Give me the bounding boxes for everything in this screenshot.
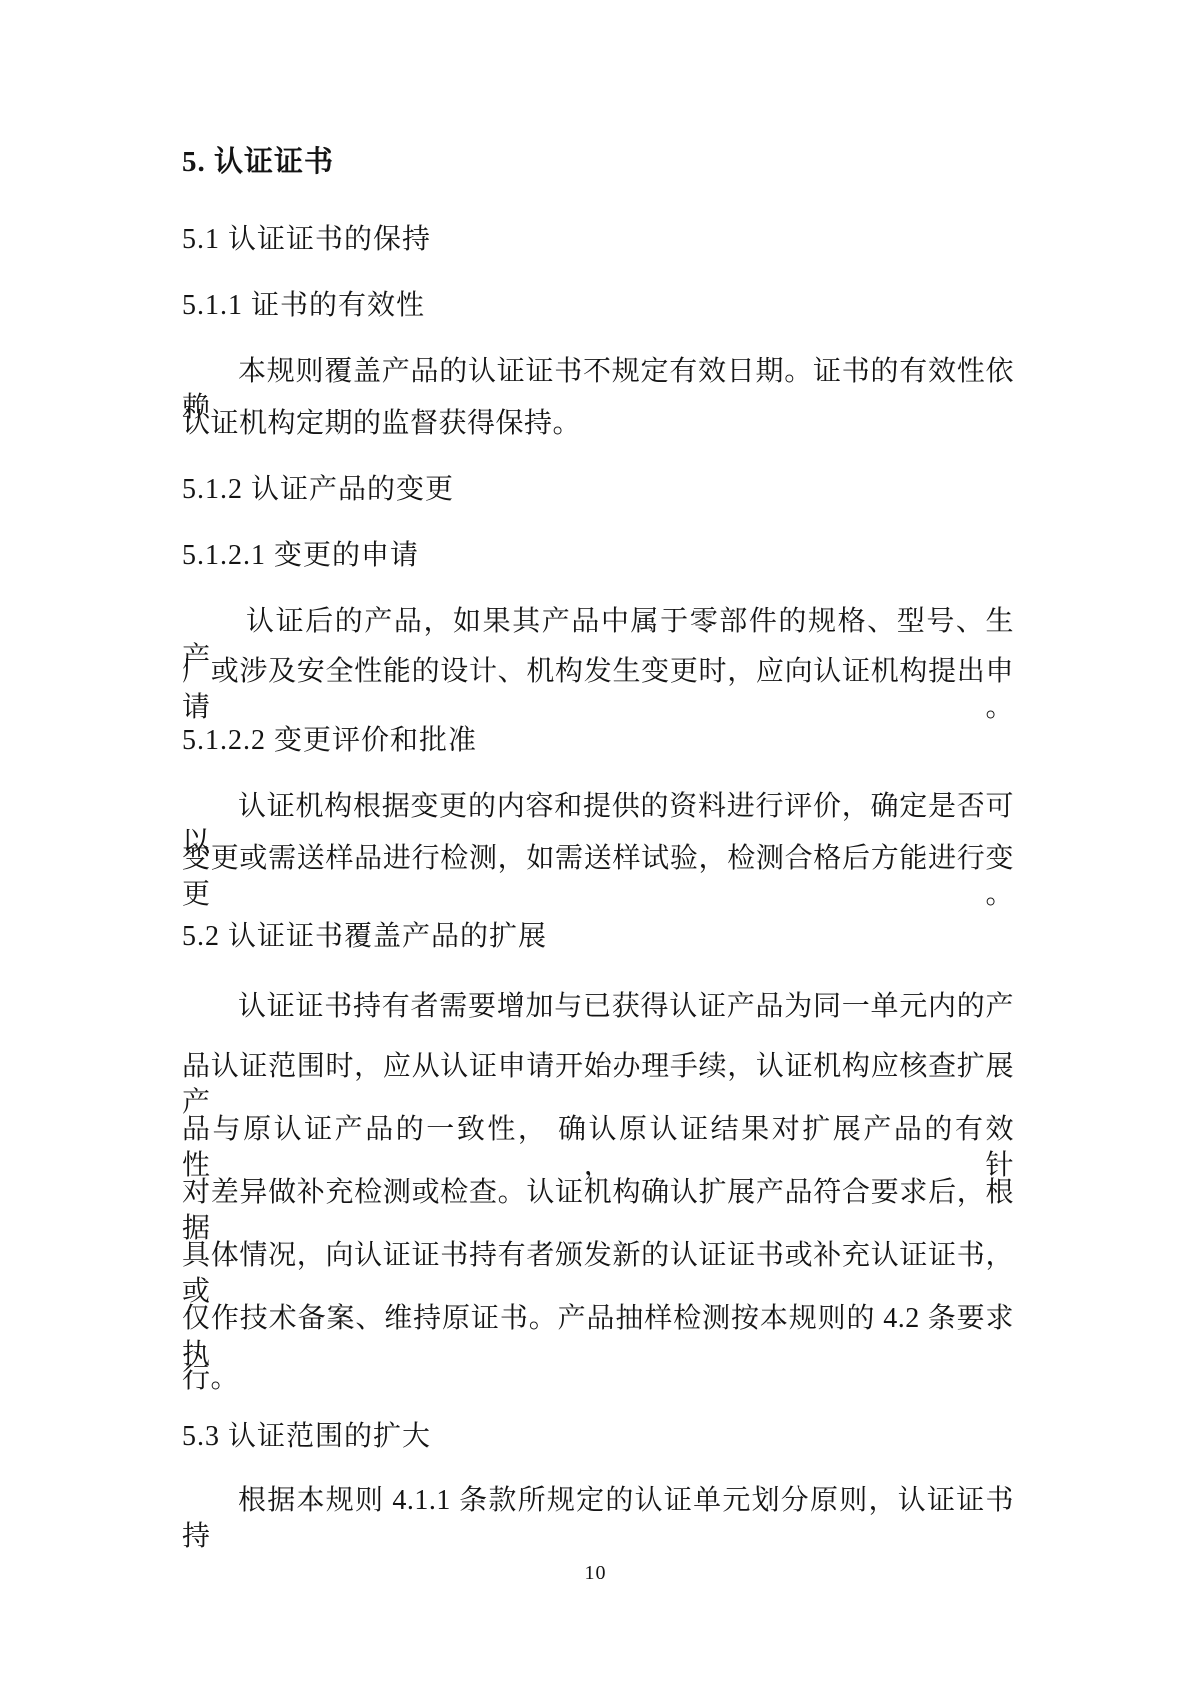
para-5-2-line-2: 品认证范围时，应从认证申请开始办理手续，认证机构应核查扩展产 bbox=[182, 1049, 1014, 1121]
para-5-1-2-1-line-2: 厂或涉及安全性能的设计、机构发生变更时，应向认证机构提出申请。 bbox=[182, 654, 1014, 726]
section-heading-5-1-2: 5.1.2 认证产品的变更 bbox=[182, 472, 1014, 508]
section-heading-5-1-1: 5.1.1 证书的有效性 bbox=[182, 288, 1014, 324]
section-heading-5-1-2-2: 5.1.2.2 变更评价和批准 bbox=[182, 723, 1014, 759]
section-heading-5-2: 5.2 认证证书覆盖产品的扩展 bbox=[182, 919, 1014, 955]
para-5-2-line-4: 对差异做补充检测或检查。认证机构确认扩展产品符合要求后，根据 bbox=[182, 1175, 1014, 1247]
page-number: 10 bbox=[0, 1560, 1191, 1586]
para-5-1-2-2-line-2: 变更或需送样品进行检测，如需送样试验，检测合格后方能进行变更。 bbox=[182, 841, 1014, 913]
para-5-2-line-1: 认证证书持有者需要增加与已获得认证产品为同一单元内的产 bbox=[182, 989, 1014, 1025]
section-heading-5-3: 5.3 认证范围的扩大 bbox=[182, 1419, 1014, 1455]
para-5-3-line-1: 根据本规则 4.1.1 条款所规定的认证单元划分原则，认证证书持 bbox=[182, 1483, 1014, 1555]
chapter-heading-5: 5. 认证证书 bbox=[182, 144, 1014, 180]
para-5-2-line-7: 行。 bbox=[182, 1361, 1014, 1397]
section-heading-5-1: 5.1 认证证书的保持 bbox=[182, 222, 1014, 258]
document-page: 5. 认证证书 5.1 认证证书的保持 5.1.1 证书的有效性 本规则覆盖产品… bbox=[0, 0, 1191, 1684]
para-5-2-line-5: 具体情况，向认证证书持有者颁发新的认证证书或补充认证证书，或 bbox=[182, 1238, 1014, 1310]
para-5-2-line-3: 品与原认证产品的一致性， 确认原认证结果对扩展产品的有效性，针 bbox=[182, 1112, 1014, 1184]
para-5-1-1-line-2: 认证机构定期的监督获得保持。 bbox=[182, 406, 1014, 442]
section-heading-5-1-2-1: 5.1.2.1 变更的申请 bbox=[182, 538, 1014, 574]
